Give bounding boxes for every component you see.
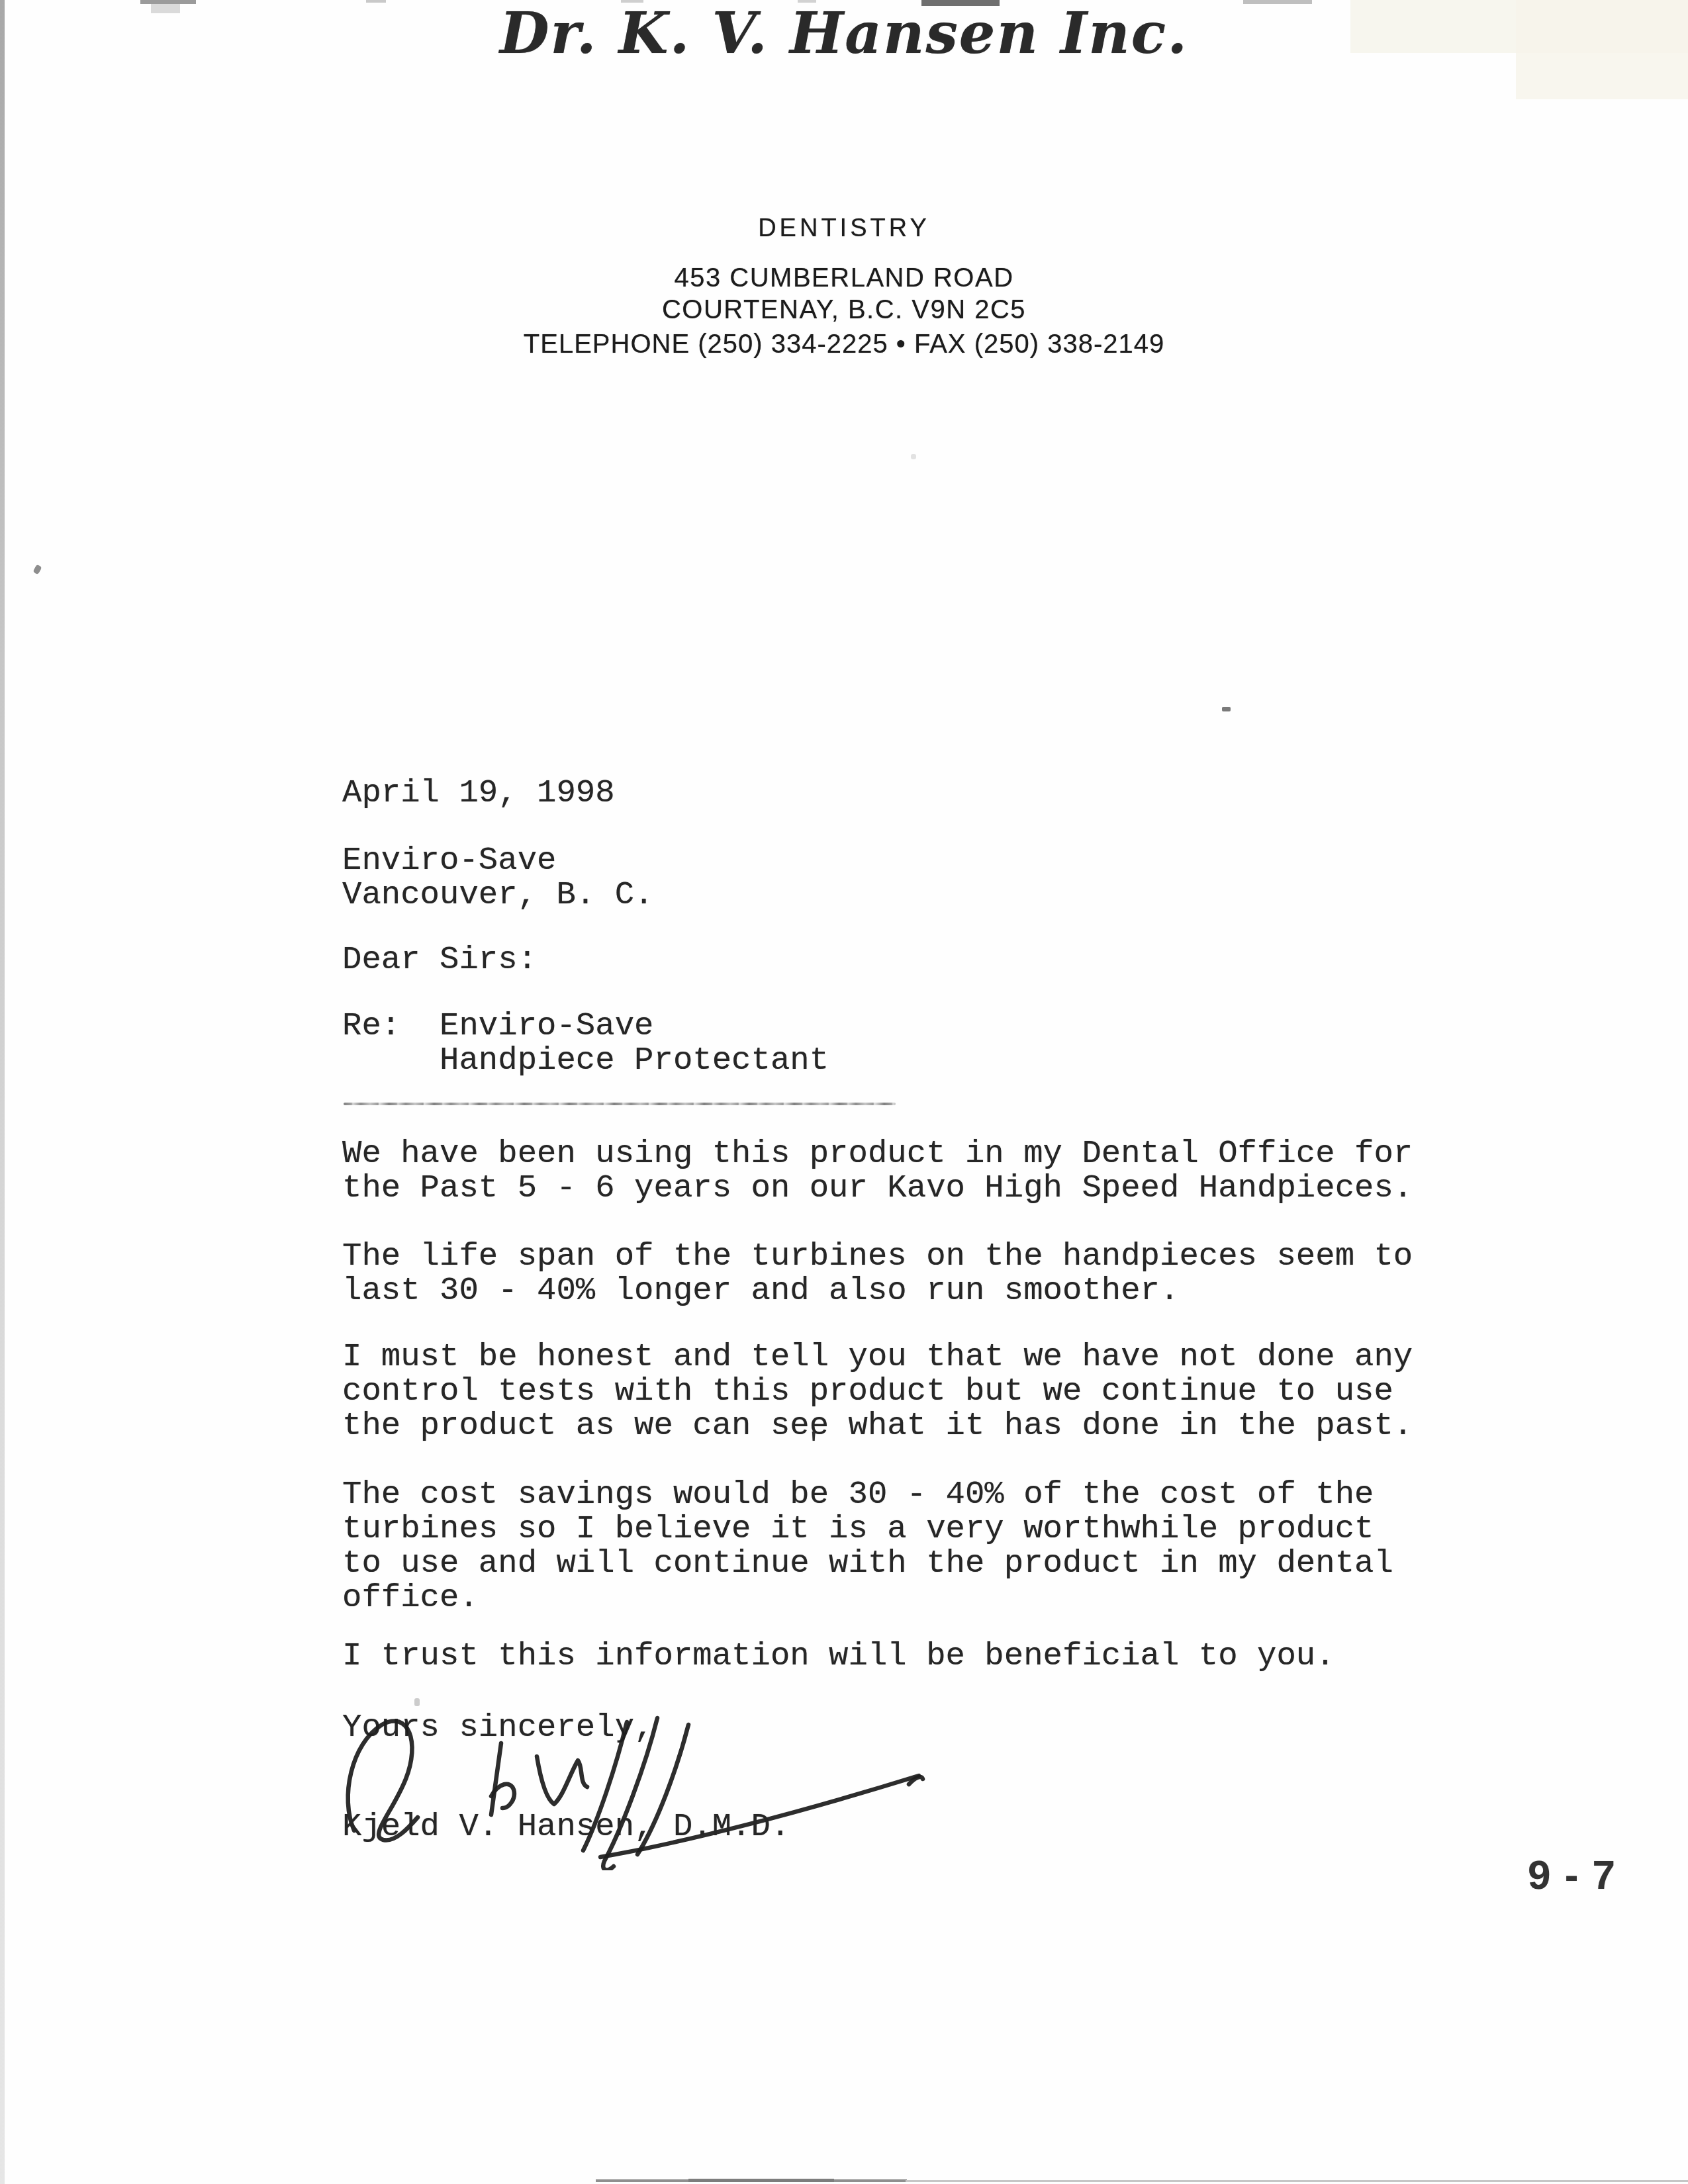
practice-type: DENTISTRY	[0, 214, 1688, 243]
scan-speck-artifact	[32, 565, 42, 575]
signed-name: Kjeld V. Hansen, D.M.D.	[342, 1809, 790, 1844]
paragraph-2: The life span of the turbines on the han…	[342, 1239, 1413, 1308]
scan-mark-artifact	[906, 2180, 1688, 2182]
paragraph-4: The cost savings would be 30 - 40% of th…	[342, 1477, 1393, 1615]
paragraph-1: We have been using this product in my De…	[342, 1136, 1413, 1205]
paragraph-3: I must be honest and tell you that we ha…	[342, 1340, 1413, 1443]
divider-line	[344, 1103, 896, 1105]
scan-speck-artifact	[1222, 707, 1231, 711]
recipient-block: Enviro-Save Vancouver, B. C.	[342, 843, 653, 912]
stray-typewriter-mark: '	[805, 1428, 822, 1463]
re-subject-block: Re: Enviro-Save Handpiece Protectant	[342, 1009, 829, 1077]
company-name-script: Dr. K. V. Hansen Inc.	[0, 0, 1688, 67]
scanned-letter-page: Dr. K. V. Hansen Inc. DENTISTRY 453 CUMB…	[0, 0, 1688, 2184]
paragraph-5: I trust this information will be benefic…	[342, 1639, 1335, 1673]
salutation: Dear Sirs:	[342, 942, 537, 977]
letter-date: April 19, 1998	[342, 776, 615, 810]
address-line-2: COURTENAY, B.C. V9N 2C5	[0, 295, 1688, 325]
scan-edge-artifact	[0, 0, 5, 2184]
phone-fax-line: TELEPHONE (250) 334-2225 • FAX (250) 338…	[0, 330, 1688, 359]
page-number: 9 - 7	[1528, 1852, 1617, 1899]
scan-mark-artifact	[688, 2179, 834, 2182]
scan-speck-artifact	[911, 454, 916, 459]
address-line-1: 453 CUMBERLAND ROAD	[0, 263, 1688, 293]
